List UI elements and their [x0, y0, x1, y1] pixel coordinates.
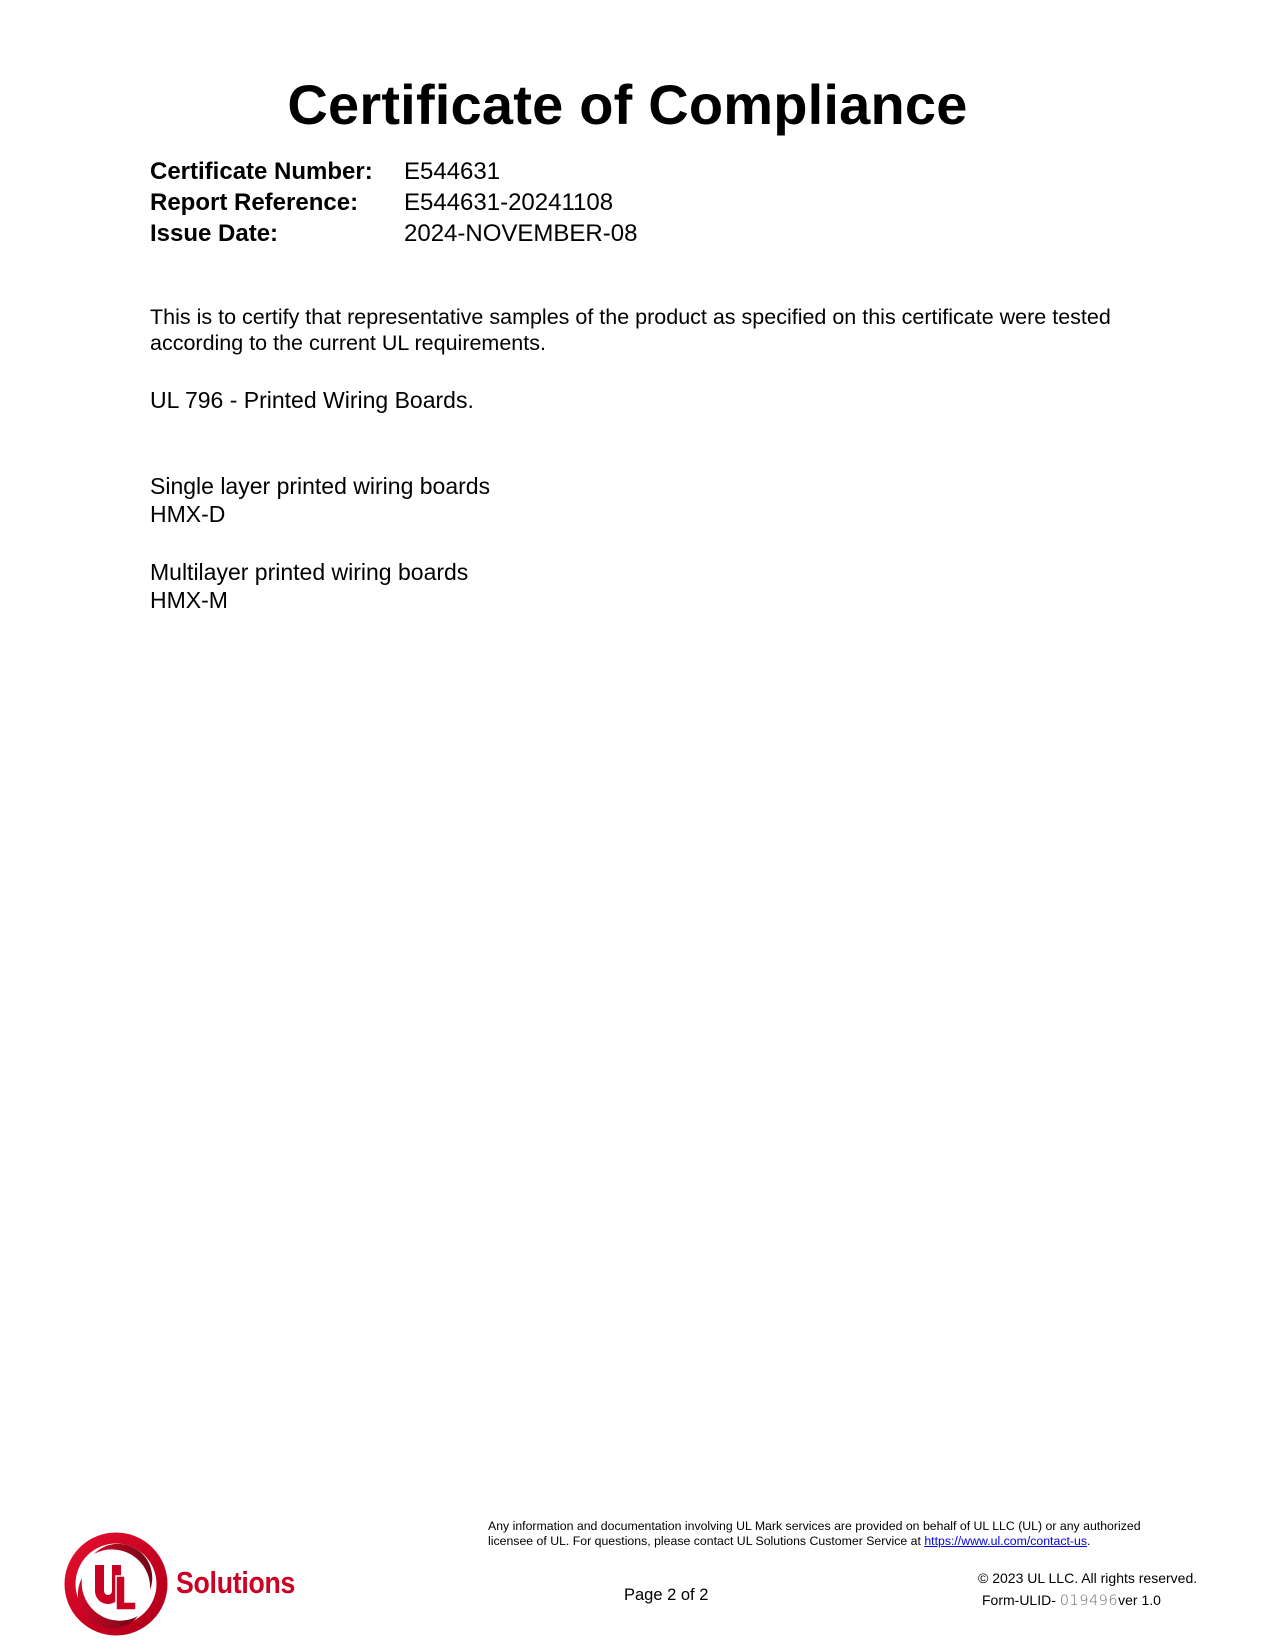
ul-solutions-logo-icon: [64, 1532, 168, 1636]
ul-mark-icon: [64, 1532, 168, 1636]
standard-reference: UL 796 - Printed Wiring Boards.: [150, 386, 474, 414]
form-id-prefix: Form-ULID-: [982, 1592, 1060, 1608]
report-reference-label: Report Reference:: [150, 188, 358, 218]
disclaimer-line2-text: licensee of UL. For questions, please co…: [488, 1534, 924, 1548]
issue-date-value: 2024-NOVEMBER-08: [404, 219, 637, 249]
certificate-number-label: Certificate Number:: [150, 157, 373, 187]
footer-disclaimer: Any information and documentation involv…: [488, 1519, 1141, 1549]
form-id: Form-ULID- 019496ver 1.0: [982, 1592, 1161, 1609]
contact-us-link[interactable]: https://www.ul.com/contact-us: [924, 1534, 1087, 1548]
product-code: HMX-D: [150, 500, 225, 528]
report-reference-value: E544631-20241108: [404, 188, 613, 218]
certificate-number-value: E544631: [404, 157, 500, 187]
disclaimer-line1: Any information and documentation involv…: [488, 1519, 1141, 1534]
page-title: Certificate of Compliance: [0, 72, 1255, 138]
page-number: Page 2 of 2: [624, 1586, 708, 1605]
product-description: Multilayer printed wiring boards: [150, 558, 468, 586]
brand-name: Solutions: [176, 1565, 295, 1601]
product-code: HMX-M: [150, 586, 228, 614]
certify-statement-line1: This is to certify that representative s…: [150, 304, 1111, 330]
form-id-number: 019496: [1060, 1593, 1118, 1609]
form-version: ver 1.0: [1118, 1592, 1161, 1608]
product-description: Single layer printed wiring boards: [150, 472, 490, 500]
certify-statement-line2: according to the current UL requirements…: [150, 330, 546, 356]
disclaimer-period: .: [1087, 1534, 1090, 1548]
disclaimer-line2: licensee of UL. For questions, please co…: [488, 1534, 1141, 1549]
issue-date-label: Issue Date:: [150, 219, 278, 249]
copyright-notice: © 2023 UL LLC. All rights reserved.: [978, 1570, 1197, 1586]
